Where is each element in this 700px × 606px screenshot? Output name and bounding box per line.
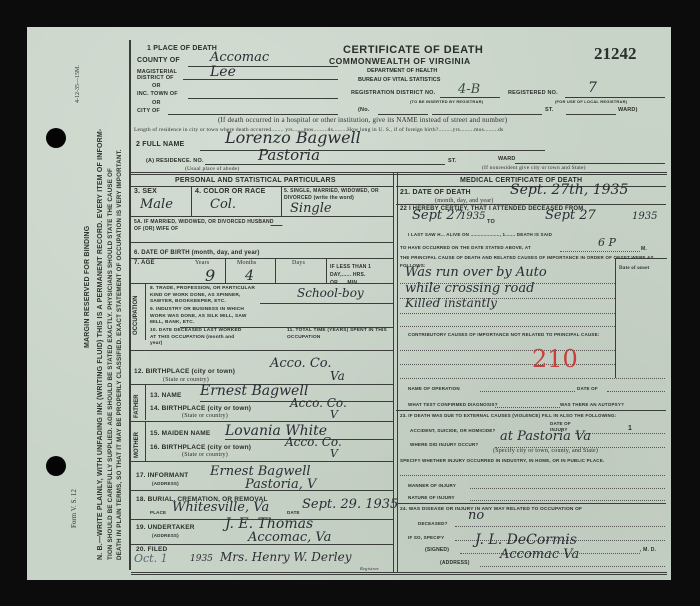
mother-birthplace-sublabel: (State or country) [182,452,228,458]
date-of-death-value: Sept. 27th, 1935 [510,182,628,198]
institution-note: (If death occurred in a hospital or othe… [218,116,507,124]
father-birthplace-state: V [330,408,338,421]
last-saw-label: I LAST SAW H... ALIVE ON ...............… [408,232,552,237]
where-injury-note: (Specify city or town, county, and State… [493,448,598,454]
race-label: 4. COLOR OR RACE [195,188,265,195]
date-of-birth-label: 6. DATE OF BIRTH (month, day, and year) [134,250,260,256]
manner-of-injury-label: MANNER OF INJURY [408,483,456,488]
where-injury-value: at Pastoria Va [500,429,591,444]
mother-maiden-label: 15. MAIDEN NAME [150,430,210,437]
registration-district-note: (TO BE INSERTED BY REGISTRAR) [410,99,483,104]
section-divider [131,172,667,175]
attended-to-value: Sept 27 [545,208,596,223]
birthplace-state-value: Va [330,369,345,383]
burial-date-label: DATE [287,510,300,515]
occurred-label: TO HAVE OCCURRED ON THE DATE STATED ABOV… [400,245,531,250]
place-of-death-label: 1 PLACE OF DEATH [147,45,217,52]
burial-place-value: Whitesville, Va [172,500,269,515]
informant-label: 17. INFORMANT [136,472,188,479]
occupation-related-label: 24. WAS DISEASE OR INJURY IN ANY WAY REL… [400,507,582,512]
total-time-label: 11. TOTAL TIME (YEARS) SPENT IN THIS OCC… [287,328,387,341]
m-label: M. [641,246,647,252]
injury-date-value: 1 [628,425,632,432]
full-name-value: Lorenzo Bagwell [225,128,361,147]
town-label: INC. TOWN OF [137,91,178,97]
father-birthplace-label: 14. BIRTHPLACE (city or town) [150,405,251,412]
specify-location-label: SPECIFY WHETHER INJURY OCCURRED IN INDUS… [400,458,665,465]
spouse-value: — [270,218,283,233]
red-annotation: 210 [532,345,578,373]
district-label: MAGISTERIAL DISTRICT OF [137,69,177,81]
attended-from-year: 1935 [460,211,485,222]
race-value: Col. [210,197,236,212]
print-code: 4-12-35—15M. [75,65,81,103]
sex-label: 3. SEX [134,188,157,195]
mother-birthplace-label: 16. BIRTHPLACE (city or town) [150,444,251,451]
physician-signature: J. L. DeCormis [475,532,577,548]
date-of-death-label: 21. DATE OF DEATH [400,189,471,196]
industry-label: 9. INDUSTRY OR BUSINESS IN WHICH WORK WA… [150,307,260,327]
birthplace-label: 12. BIRTHPLACE (city or town) [134,368,235,375]
filed-year-value: 1935 [190,554,213,564]
occupation-related-value: no [468,508,484,523]
undertaker-address-label: (ADDRESS) [152,533,179,538]
accident-label: ACCIDENT, SUICIDE, OR HOMICIDE? [410,428,495,433]
registration-district-label: REGISTRATION DISTRICT NO. [351,90,435,96]
father-birthplace-sublabel: (State or country) [182,413,228,419]
department-label: DEPARTMENT OF HEALTH [367,68,437,74]
residence-label: (A) RESIDENCE. NO. [146,158,204,164]
father-name-label: 13. NAME [150,392,182,399]
certificate-number: 21242 [594,44,637,64]
city-label: CITY OF [137,108,160,114]
cause-line-1: Was run over by Auto [405,265,547,280]
margin-instruction-line1: N. B.—WRITE PLAINLY, WITH UNFADING INK (… [97,129,104,560]
or-label-2: OR [152,100,161,106]
to-label: TO [487,219,495,225]
father-birthplace-city: Acco. Co. [290,396,347,410]
undertaker-label: 19. UNDERTAKER [136,524,195,531]
signed-label: (SIGNED) [425,547,449,553]
binding-hole-top [46,128,66,148]
street-label: ST. [545,107,554,113]
filed-date-value: Oct. 1 [134,552,168,565]
residence-ward-label: WARD [498,156,516,162]
undertaker-address-value: Accomac, Va [248,530,331,545]
burial-place-label: PLACE [150,510,166,515]
nonresident-note: (If nonresident give city or town and St… [482,165,586,171]
informant-address-label: (ADDRESS) [152,481,179,486]
attended-from-value: Sept 27 [412,208,463,223]
contributory-causes-label: CONTRIBUTORY CAUSES OF IMPORTANCE NOT RE… [408,331,608,338]
cause-line-2: while crossing road [405,281,534,296]
sex-value: Male [140,197,173,212]
age-months-value: 4 [245,268,254,284]
physician-address-value: Accomac Va [500,547,579,562]
ward-label: WARD) [618,107,638,113]
binding-hole-bottom [46,456,66,476]
form-code: Form V. S. 12 [70,489,78,528]
registered-no-value: 7 [588,80,597,96]
marital-status-label: 5. SINGLE, MARRIED, WIDOWED, OR DIVORCED… [284,188,392,202]
bottom-border [131,572,667,575]
registered-no-label: REGISTERED NO. [508,90,558,96]
registered-no-note: (FOR USE OF LOCAL REGISTRAR) [555,99,627,104]
residence-value: Pastoria [258,146,320,164]
trade-label: 8. TRADE, PROFESSION, OR PARTICULAR KIND… [150,286,260,306]
age-label: 7. AGE [134,260,155,266]
operation-date-label: DATE OF [577,386,598,391]
where-injury-label: WHERE DID INJURY OCCUR? [410,442,478,447]
full-name-label: 2 FULL NAME [136,141,184,148]
margin-instruction-line2: TION SHOULD BE CAREFULLY SUPPLIED. AGE S… [107,168,114,560]
address-no-label: (No. [358,107,370,113]
external-causes-label: 23. IF DEATH WAS DUE TO EXTERNAL CAUSES … [400,413,662,420]
father-side-label: FATHER [134,394,140,418]
nature-of-injury-label: NATURE OF INJURY [408,495,455,500]
spouse-label: 5A. IF MARRIED, WIDOWED, OR DIVORCED HUS… [134,219,274,233]
margin-instruction-line3: DEATH IN PLAIN TERMS, SO THAT IT MAY BE … [116,149,123,560]
mother-birthplace-state: V [330,447,338,460]
autopsy-label: WAS THERE AN AUTOPSY? [560,402,624,407]
mother-side-label: MOTHER [134,432,140,458]
deceased-label: DECEASED? [418,521,448,526]
date-of-onset-label: Date of onset [619,266,649,271]
bureau-label: BUREAU OF VITAL STATISTICS [358,77,440,83]
county-value: Accomac [210,50,269,65]
occupation-side-label: OCCUPATION [133,296,139,335]
last-worked-label: 10. DATE DECEASED LAST WORKED AT THIS OC… [150,328,245,348]
commonwealth-title: COMMONWEALTH OF VIRGINIA [329,56,471,66]
burial-date-value: Sept. 29. 1935 [302,497,398,512]
residence-street-label: ST. [448,158,457,164]
marital-status-value: Single [290,201,332,216]
registrar-label: Registrar. [360,566,380,571]
physician-address-label: (ADDRESS) [440,560,470,566]
diagnosis-label: WHAT TEST CONFIRMED DIAGNOSIS? [408,402,498,407]
operation-label: NAME OF OPERATION [408,386,460,391]
personal-particulars-header: PERSONAL AND STATISTICAL PARTICULARS [175,177,336,184]
column-divider [393,172,398,572]
age-days-label: Days [292,260,305,266]
county-label: COUNTY OF [137,57,180,64]
registration-district-value: 4-B [458,82,480,97]
if-so-specify-label: IF SO, SPECIFY [408,535,444,540]
margin-reserved-note: MARGIN RESERVED FOR BINDING [84,226,91,348]
birthplace-city-value: Acco. Co. [270,356,332,371]
trade-value: School-boy [297,286,364,300]
registrar-signature: Mrs. Henry W. Derley [220,550,351,564]
md-label: , M. D. [640,547,656,553]
attended-to-year: 1935 [632,211,657,222]
or-label-1: OR [152,83,161,89]
cause-line-3: Killed instantly [405,296,497,310]
district-value: Lee [210,64,236,80]
certificate-title: CERTIFICATE OF DEATH [343,44,483,56]
occurred-time-value: 6 P [598,236,616,249]
age-months-label: Months [237,260,257,266]
